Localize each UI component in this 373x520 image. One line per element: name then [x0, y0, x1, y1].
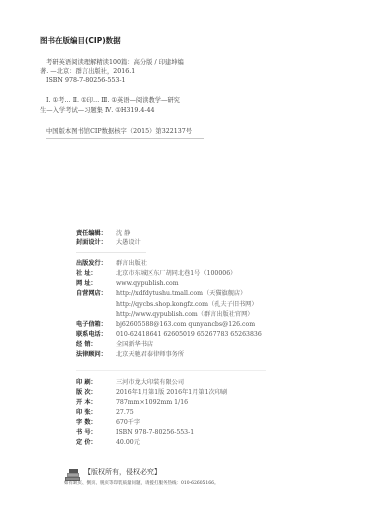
printer-row: 印 刷：三河市龙大印装有限公司 [76, 378, 184, 388]
cip-divider [46, 138, 204, 139]
printer-label: 印 刷： [76, 378, 116, 388]
phone-label: 联系电话： [76, 330, 116, 340]
website-label: 网 址： [76, 279, 116, 289]
website-link[interactable]: www.qypublish.com [116, 280, 179, 287]
copyright-title: 【版权所有，侵权必究】 [84, 467, 161, 477]
legal-counsel-value: 北京天驰君泰律师事务所 [116, 351, 184, 358]
word-count-row: 字 数：670千字 [76, 418, 140, 428]
distributor-label: 经 销： [76, 340, 116, 350]
sheets-row: 印 张：27.75 [76, 408, 134, 418]
online-shop-tmall-link[interactable]: http://xdfdytushu.tmall.com（天猫旗舰店） [116, 290, 246, 297]
online-shop-kongfz-link[interactable]: http://qycbs.shop.kongfz.com（孔夫子旧书网） [116, 299, 258, 308]
cover-design-row: 封面设计：大愚设计 [76, 238, 141, 248]
cover-design-value: 大愚设计 [116, 239, 141, 246]
edition-row: 版 次：2016年1月第1版 2016年1月第1次印刷 [76, 388, 227, 398]
sheets-value: 27.75 [116, 409, 134, 416]
publisher-label: 出版发行： [76, 259, 116, 269]
online-shop-row: 自营网店：http://xdfdytushu.tmall.com（天猫旗舰店） [76, 289, 246, 299]
email-row: 电子信箱：bj62605588@163.com qunyancbs@126.co… [76, 320, 255, 330]
cip-line-classification: Ⅰ. ①考… Ⅱ. ①印… Ⅲ. ①英语—阅读教学—研究 [46, 96, 180, 105]
email-label: 电子信箱： [76, 320, 116, 330]
address-value: 北京市东城区东厂胡同北巷1号（100006） [116, 270, 236, 277]
printer-value: 三河市龙大印装有限公司 [116, 379, 184, 386]
copyright-note: 如有缺页、倒页、脱页等印装质量问题，请拨打服务热线：010-62605166。 [64, 480, 219, 486]
editorial-divider [76, 252, 146, 253]
phone-row: 联系电话：010-62418641 62605019 65267783 6526… [76, 330, 262, 340]
legal-counsel-label: 法律顾问： [76, 350, 116, 360]
distributor-row: 经 销：全国新华书店 [76, 340, 153, 350]
cip-line-classification-cont: 生—入学考试—习题集 Ⅳ. ①H319.4-44 [40, 106, 155, 115]
sheets-label: 印 张： [76, 408, 116, 418]
cip-title: 图书在版编目(CIP)数据 [40, 35, 121, 46]
cip-line-isbn: ISBN 978-7-80256-553-1 [46, 76, 126, 85]
online-shop-official-link[interactable]: http://www.qypublish.com（群言出版社官网） [116, 309, 254, 318]
cover-design-label: 封面设计： [76, 238, 116, 248]
publisher-row: 出版发行：群言出版社 [76, 259, 147, 269]
isbn-row: 书 号：ISBN 978-7-80256-553-1 [76, 428, 194, 438]
format-row: 开 本：787mm×1092mm 1/16 [76, 398, 188, 408]
editor-value: 沈 静 [116, 230, 130, 237]
legal-counsel-row: 法律顾问：北京天驰君泰律师事务所 [76, 350, 184, 360]
word-count-label: 字 数： [76, 418, 116, 428]
publisher-value: 群言出版社 [116, 260, 147, 267]
publisher-divider [76, 370, 266, 371]
cip-line-record-number: 中国版本图书馆CIP数据核字（2015）第322137号 [46, 127, 192, 136]
format-label: 开 本： [76, 398, 116, 408]
edition-value: 2016年1月第1版 2016年1月第1次印刷 [116, 389, 227, 396]
edition-label: 版 次： [76, 388, 116, 398]
address-row: 社 址：北京市东城区东厂胡同北巷1号（100006） [76, 269, 236, 279]
distributor-value: 全国新华书店 [116, 341, 153, 348]
price-row: 定 价：40.00元 [76, 438, 140, 448]
price-value: 40.00元 [116, 439, 140, 446]
format-value: 787mm×1092mm 1/16 [116, 399, 188, 406]
website-row: 网 址：www.qypublish.com [76, 279, 179, 289]
isbn-label: 书 号： [76, 428, 116, 438]
isbn-value: ISBN 978-7-80256-553-1 [116, 429, 194, 436]
online-shop-label: 自营网店： [76, 289, 116, 299]
email-value[interactable]: bj62605588@163.com qunyancbs@126.com [116, 321, 255, 328]
cip-line-publisher: 著. —北京：群言出版社，2016.1 [40, 67, 135, 76]
cip-line-title: 考研英语阅读理解精读100篇：高分版 / 印建坤编 [46, 58, 184, 67]
price-label: 定 价： [76, 438, 116, 448]
word-count-value: 670千字 [116, 419, 140, 426]
phone-value: 010-62418641 62605019 65267783 65263836 [116, 331, 262, 338]
address-label: 社 址： [76, 269, 116, 279]
